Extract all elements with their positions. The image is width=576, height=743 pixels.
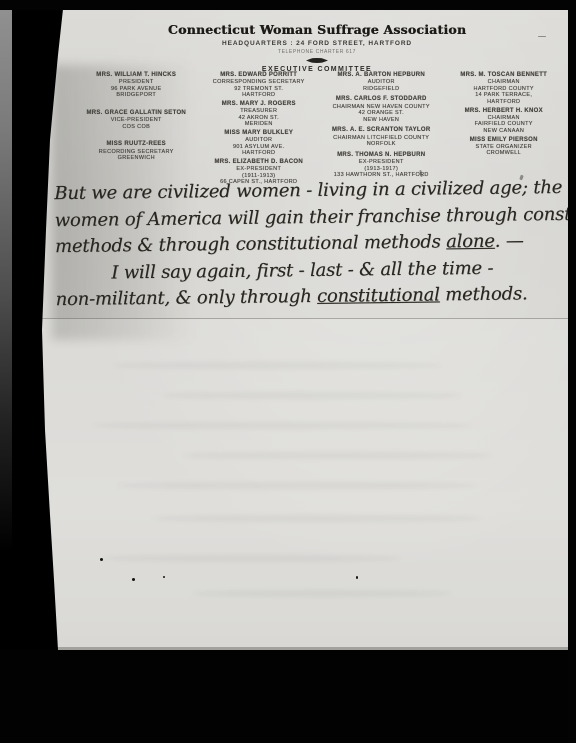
member-detail: 42 ORANGE ST. — [333, 110, 430, 117]
frame-right — [568, 0, 576, 743]
member-name: MISS RUUTZ-REES — [99, 141, 174, 148]
member-detail: TREASURER — [222, 108, 296, 115]
member-detail: HARTFORD — [213, 92, 305, 99]
member-name: MISS EMILY PIERSON — [470, 137, 538, 144]
decorated-word: constitutional — [317, 284, 440, 306]
ghost-writing — [152, 515, 482, 522]
telephone-line: TELEPHONE CHARTER 617 — [68, 49, 566, 55]
member-name: MRS. THOMAS N. HEPBURN — [334, 152, 429, 159]
ghost-writing — [192, 590, 452, 597]
member-detail: HARTFORD — [224, 150, 293, 157]
member-name: MRS. HERBERT H. KNOX — [465, 108, 543, 115]
committee-entry: MRS. MARY J. ROGERSTREASURER42 AKRON ST.… — [222, 101, 296, 128]
committee-entry: MRS. THOMAS N. HEPBURNEX-PRESIDENT(1913-… — [334, 152, 429, 179]
committee-column: MRS. M. TOSCAN BENNETTCHAIRMANHARTFORD C… — [443, 72, 566, 188]
diamond-ornament-icon — [306, 58, 328, 63]
handwritten-note: But we are civilized women - living in a… — [54, 175, 568, 314]
member-detail: EX-PRESIDENT — [334, 159, 429, 166]
member-detail: CORRESPONDING SECRETARY — [213, 79, 305, 86]
document-page: Connecticut Woman Suffrage Association H… — [22, 10, 568, 650]
member-detail: NEW CANAAN — [465, 128, 543, 135]
member-detail: FAIRFIELD COUNTY — [465, 121, 543, 128]
dust-speck — [356, 576, 358, 579]
committee-entry: MISS MARY BULKLEYAUDITOR901 ASYLUM AVE.H… — [224, 130, 293, 157]
dust-speck — [132, 578, 135, 581]
member-detail: EX-PRESIDENT — [214, 166, 303, 173]
committee-entry: MRS. CARLOS F. STODDARDCHAIRMAN NEW HAVE… — [333, 96, 430, 123]
frame-top — [0, 0, 576, 10]
member-detail: MERIDEN — [222, 121, 296, 128]
decorated-word: alone — [446, 231, 495, 253]
letterhead: Connecticut Woman Suffrage Association H… — [68, 22, 566, 73]
member-detail: GREENWICH — [99, 155, 174, 162]
member-detail: CHAIRMAN — [460, 79, 547, 86]
member-detail: AUDITOR — [337, 79, 425, 86]
member-name: MRS. CARLOS F. STODDARD — [333, 96, 430, 103]
member-detail: BRIDGEPORT — [96, 92, 176, 99]
committee-entry: MISS RUUTZ-REESRECORDING SECRETARYGREENW… — [99, 141, 174, 161]
photograph-of-letter: Connecticut Woman Suffrage Association H… — [0, 0, 576, 743]
committee-entry: MRS. A. E. SCRANTON TAYLORCHAIRMAN LITCH… — [332, 127, 430, 147]
dust-speck — [163, 576, 165, 578]
ghost-writing — [162, 392, 462, 399]
headquarters-line: HEADQUARTERS : 24 FORD STREET, HARTFORD — [68, 40, 566, 47]
committee-entry: MRS. WILLIAM T. HINCKSPRESIDENT96 PARK A… — [96, 72, 176, 99]
ghost-writing — [182, 452, 492, 459]
committee-column: MRS. A. BARTON HEPBURNAUDITORRIDGEFIELDM… — [320, 72, 443, 188]
frame-bottom — [0, 650, 576, 743]
committee-entry: MRS. M. TOSCAN BENNETTCHAIRMANHARTFORD C… — [460, 72, 547, 106]
association-title: Connecticut Woman Suffrage Association — [68, 22, 566, 37]
ghost-writing — [102, 555, 402, 562]
committee-entry: MRS. HERBERT H. KNOXCHAIRMANFAIRFIELD CO… — [465, 108, 543, 135]
member-detail: COS COB — [86, 124, 186, 131]
dust-speck — [100, 558, 103, 561]
committee-columns: MRS. WILLIAM T. HINCKSPRESIDENT96 PARK A… — [75, 72, 565, 188]
committee-column: MRS. EDWARD PORRITTCORRESPONDING SECRETA… — [198, 72, 321, 188]
member-name: MRS. A. E. SCRANTON TAYLOR — [332, 127, 430, 134]
member-detail: AUDITOR — [224, 137, 293, 144]
committee-column: MRS. WILLIAM T. HINCKSPRESIDENT96 PARK A… — [75, 72, 198, 188]
ghost-writing — [92, 422, 472, 429]
member-detail: VICE-PRESIDENT — [86, 117, 186, 124]
scratch-mark — [538, 36, 546, 37]
member-detail: NEW HAVEN — [333, 117, 430, 124]
ghost-writing — [117, 482, 477, 489]
committee-entry: MRS. A. BARTON HEPBURNAUDITORRIDGEFIELD — [337, 72, 425, 92]
member-detail: 14 PARK TERRACE, — [460, 92, 547, 99]
member-detail: PRESIDENT — [96, 79, 176, 86]
committee-entry: MRS. EDWARD PORRITTCORRESPONDING SECRETA… — [213, 72, 305, 99]
committee-entry: MISS EMILY PIERSONSTATE ORGANIZERCROMWEL… — [470, 137, 538, 157]
ghost-writing — [112, 362, 442, 369]
member-detail: RIDGEFIELD — [337, 86, 425, 93]
member-detail: HARTFORD — [460, 99, 547, 106]
committee-entry: MRS. GRACE GALLATIN SETONVICE-PRESIDENTC… — [86, 110, 186, 130]
member-detail: NORFOLK — [332, 141, 430, 148]
member-detail: CROMWELL — [470, 150, 538, 157]
handwriting-line: non-militant, & only through constitutio… — [56, 281, 568, 314]
